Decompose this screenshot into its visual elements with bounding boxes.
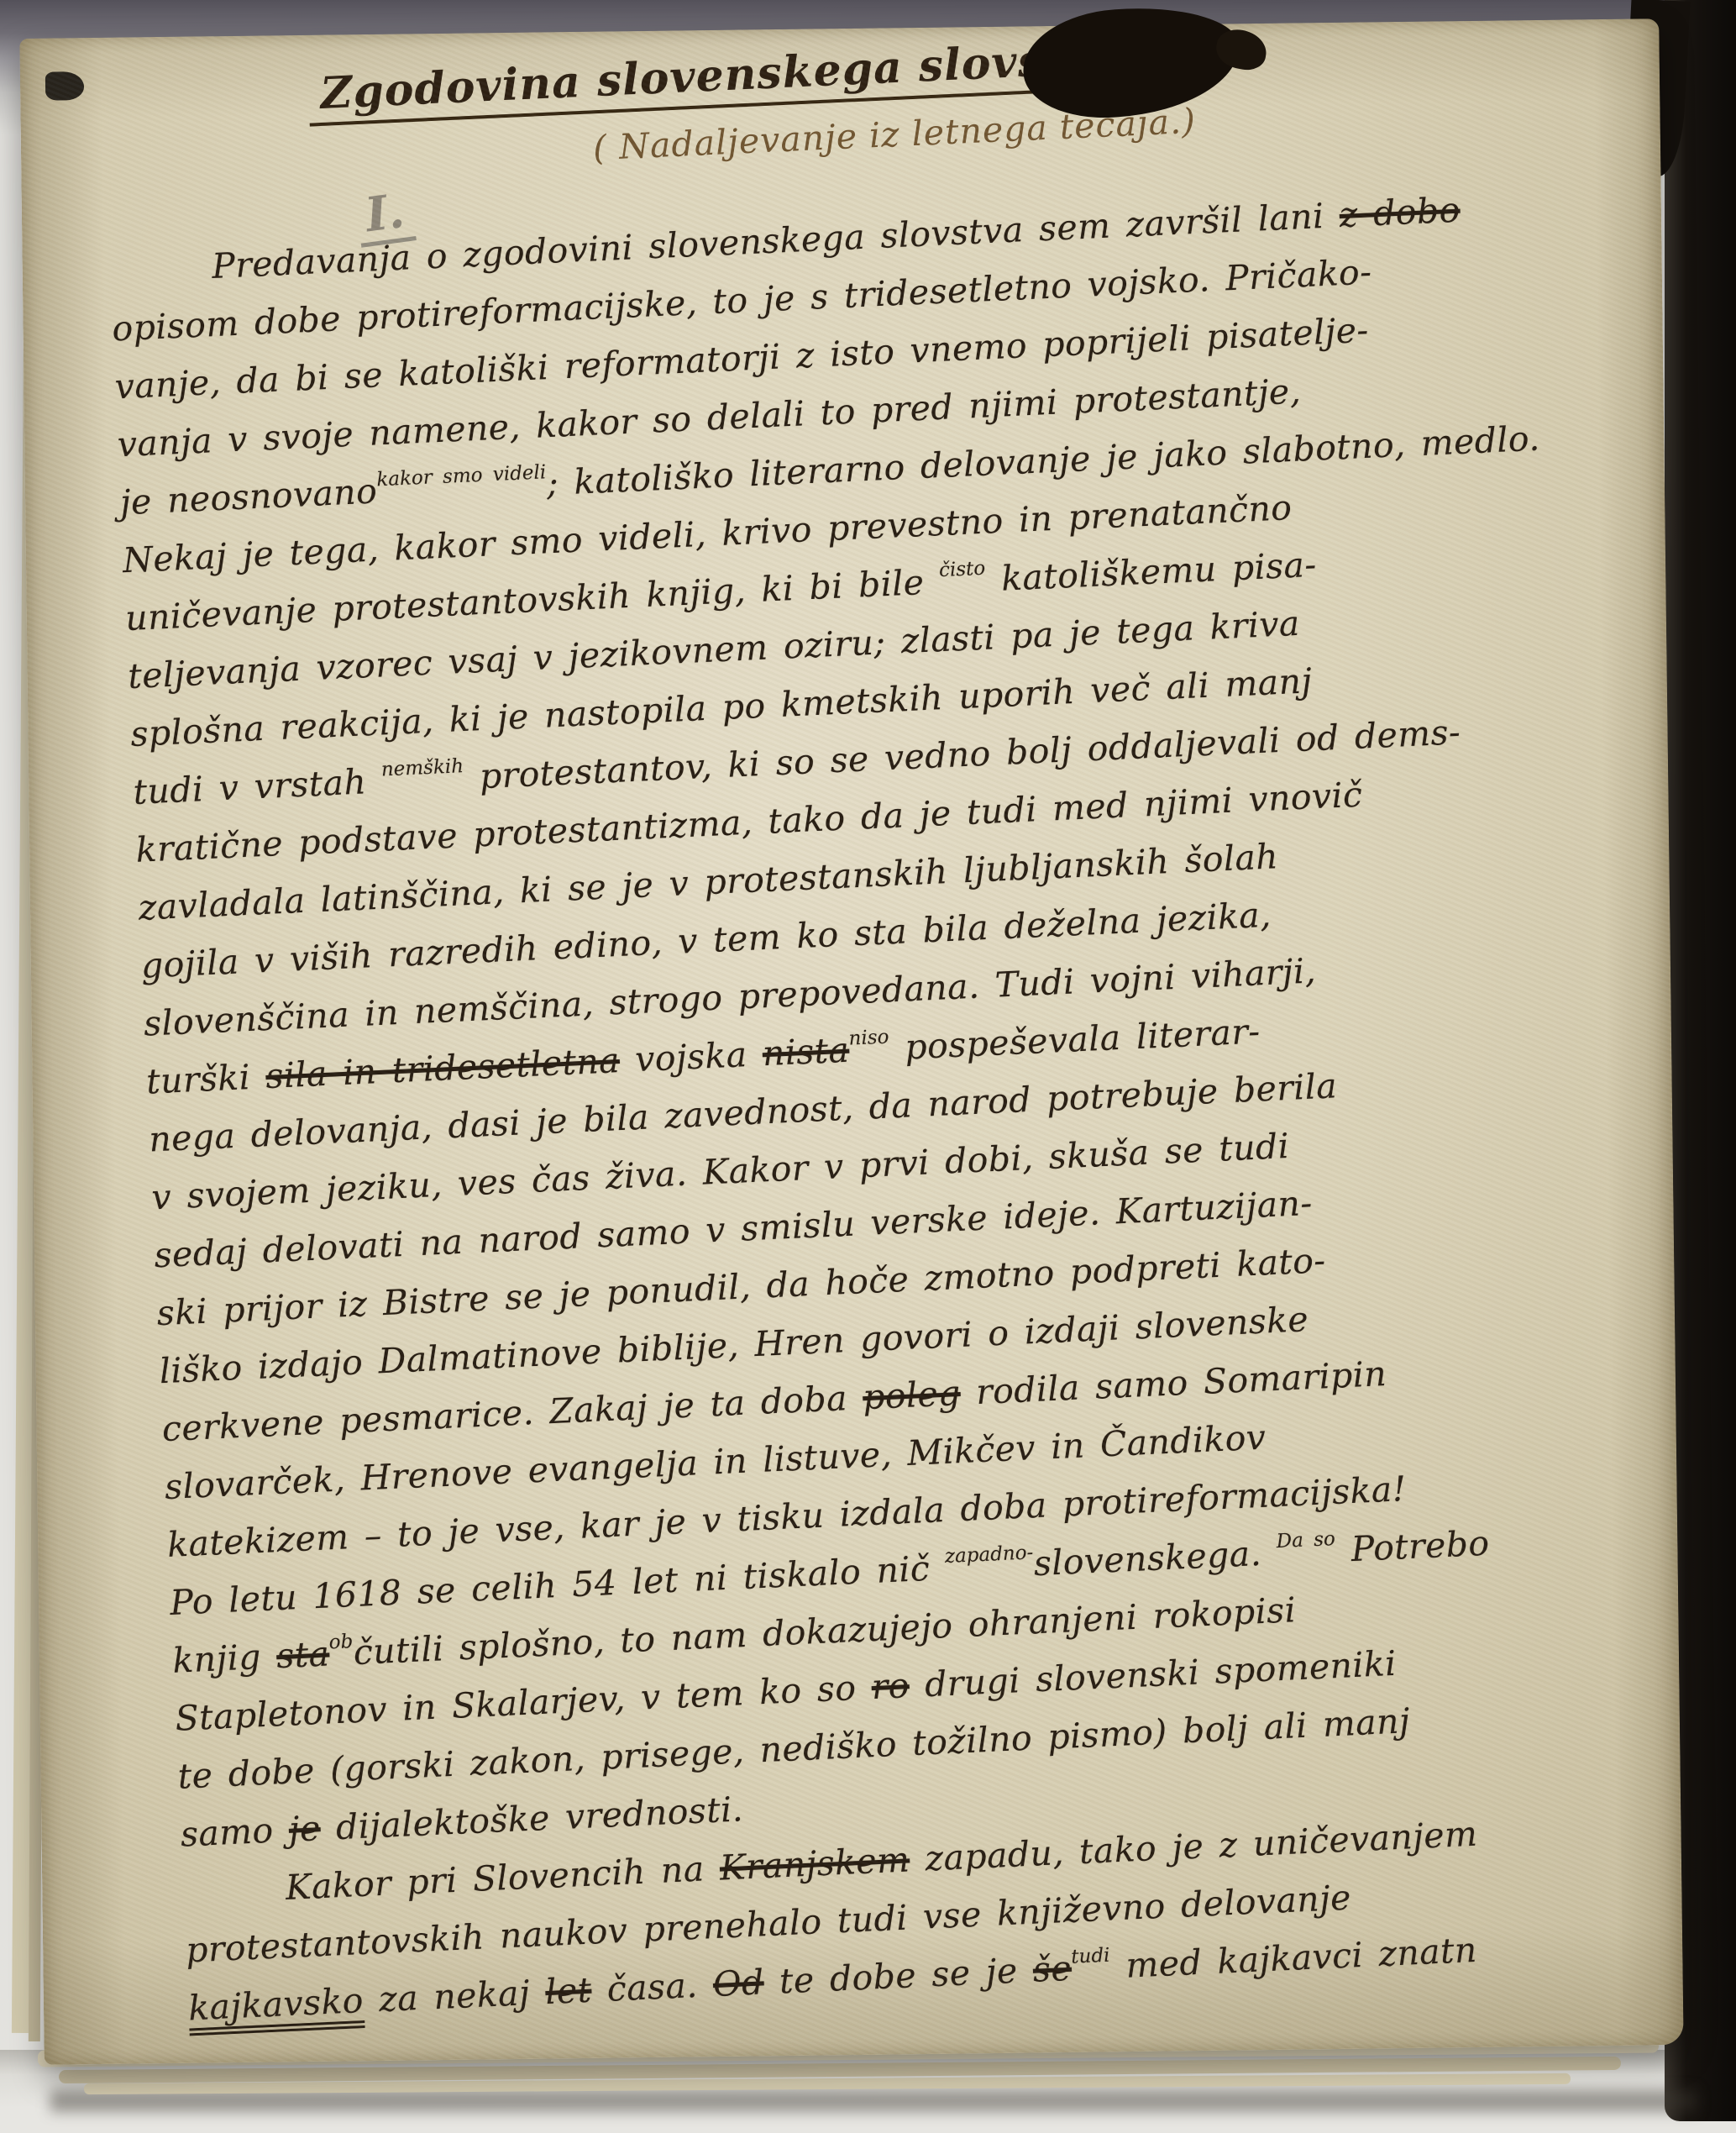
- manuscript-segment: časa.: [590, 1964, 714, 2010]
- manuscript-segment: vojska: [619, 1033, 763, 1080]
- manuscript-segment-sup: kakor smo videli: [376, 463, 547, 490]
- manuscript-segment-strike: let: [544, 1970, 592, 2012]
- manuscript-segment-strike: sta: [275, 1633, 330, 1676]
- manuscript-text: Predavanja o zgodovini slovenskega slovs…: [108, 173, 1718, 2037]
- manuscript-segment: knjig: [171, 1636, 277, 1681]
- manuscript-segment: tudi v vrstah: [132, 761, 382, 812]
- manuscript-segment: slovenskega.: [1033, 1532, 1278, 1584]
- manuscript-segment: za nekaj: [363, 1972, 547, 2020]
- manuscript-segment: samo: [180, 1810, 290, 1855]
- manuscript-segment: turški: [145, 1056, 266, 1101]
- manuscript-segment-sup: Da so: [1276, 1530, 1335, 1552]
- book-shadow: [50, 2090, 1697, 2112]
- manuscript-segment-strike: z dobo: [1339, 190, 1461, 235]
- manuscript-segment-underline2: kajkavsko: [187, 1982, 365, 2036]
- ink-stain-small: [45, 71, 84, 101]
- manuscript-segment-strike: poleg: [862, 1373, 962, 1417]
- manuscript-segment-sup: nemških: [380, 757, 464, 780]
- manuscript-segment: med kajkavci znatn: [1109, 1930, 1478, 1987]
- manuscript-segment: katoliškemu pisa-: [985, 544, 1318, 600]
- manuscript-segment-strike: nista: [762, 1030, 851, 1074]
- manuscript-segment: Kakor pri Slovencih na: [285, 1848, 721, 1908]
- manuscript-segment-sup: zapadno-: [944, 1543, 1033, 1567]
- manuscript-segment: dijalektoške vrednosti.: [320, 1789, 744, 1848]
- photo-background: Zgodovina slovenskega slovstva. ( Nadalj…: [0, 0, 1736, 2133]
- manuscript-segment-sup: ob: [328, 1632, 354, 1652]
- manuscript-segment: te dobe se je: [763, 1950, 1034, 2002]
- manuscript-segment: pospeševala literar-: [889, 1011, 1261, 1068]
- manuscript-segment-strike: sila in tridesetletna: [265, 1040, 621, 1096]
- manuscript-segment: rodila samo Somaripin: [960, 1353, 1387, 1413]
- manuscript-segment-sup: tudi: [1071, 1946, 1110, 1968]
- manuscript-segment-strike: je: [288, 1808, 322, 1850]
- manuscript-segment-strike: Kranjskem: [719, 1839, 910, 1888]
- manuscript-segment: je neosnovano: [119, 470, 378, 523]
- manuscript-segment: Potrebo: [1335, 1523, 1490, 1570]
- manuscript-segment-sup: čisto: [939, 560, 986, 581]
- pencil-section-numeral: I.: [354, 187, 417, 248]
- manuscript-segment-strike: Od: [712, 1962, 765, 2004]
- manuscript-segment-sup: niso: [848, 1027, 889, 1048]
- manuscript-segment-strike: še: [1032, 1948, 1073, 1990]
- manuscript-page: Zgodovina slovenskega slovstva. ( Nadalj…: [19, 18, 1683, 2065]
- manuscript-segment-strike: ro: [871, 1665, 910, 1707]
- manuscript-text-block: Zgodovina slovenskega slovstva. ( Nadalj…: [101, 7, 1718, 2037]
